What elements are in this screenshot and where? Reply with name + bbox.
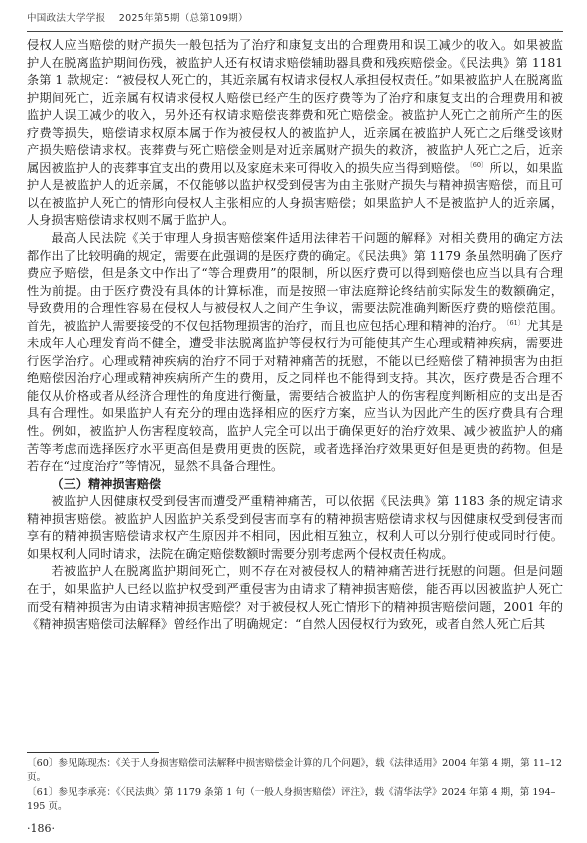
footnote-61: 〔61〕参见李承亮：《〈民法典〉第 1179 条第 1 句（一般人身损害赔偿）评… [27, 786, 563, 815]
footnote-ref-61[interactable]: 〔61〕 [506, 319, 524, 327]
paragraph-2: 最高人民法院《关于审理人身损害赔偿案件适用法律若干问题的解释》对相关费用的确定方… [27, 230, 563, 476]
page-number: ·186· [27, 822, 55, 835]
footnote-ref-60[interactable]: 〔60〕 [469, 161, 487, 169]
paragraph-4: 若被监护人在脱离监护期间死亡，则不存在对被侵权人的精神痛苦进行抚慰的问题。但是问… [27, 563, 563, 633]
running-header: 中国政法大学学报 2025年第5期（总第109期） [27, 10, 258, 24]
footnote-divider [27, 752, 159, 753]
paragraph-1-text: 侵权人应当赔偿的财产损失一般包括为了治疗和康复支出的合理费用和误工减少的收入。如… [27, 38, 563, 175]
section-heading: （三）精神损害赔偿 [27, 476, 563, 494]
issue-info: 2025年第5期（总第109期） [119, 13, 248, 24]
paragraph-3: 被监护人因健康权受到侵害而遭受严重精神痛苦，可以依据《民法典》第 1183 条的… [27, 493, 563, 563]
article-body: 侵权人应当赔偿的财产损失一般包括为了治疗和康复支出的合理费用和误工减少的收入。如… [27, 37, 563, 634]
header-divider [27, 31, 563, 32]
paragraph-1: 侵权人应当赔偿的财产损失一般包括为了治疗和康复支出的合理费用和误工减少的收入。如… [27, 37, 563, 230]
footnote-60: 〔60〕参见陈现杰：《关于人身损害赔偿司法解释中损害赔偿金计算的几个问题》，载《… [27, 757, 563, 786]
footnotes: 〔60〕参见陈现杰：《关于人身损害赔偿司法解释中损害赔偿金计算的几个问题》，载《… [27, 757, 563, 814]
paragraph-2-text: 最高人民法院《关于审理人身损害赔偿案件适用法律若干问题的解释》对相关费用的确定方… [27, 231, 563, 333]
journal-name: 中国政法大学学报 [27, 13, 105, 24]
paragraph-2-continued: 尤其是未成年人心理发育尚不健全，遭受非法脱离监护等侵权行为可能使其产生心理或精神… [27, 319, 563, 473]
